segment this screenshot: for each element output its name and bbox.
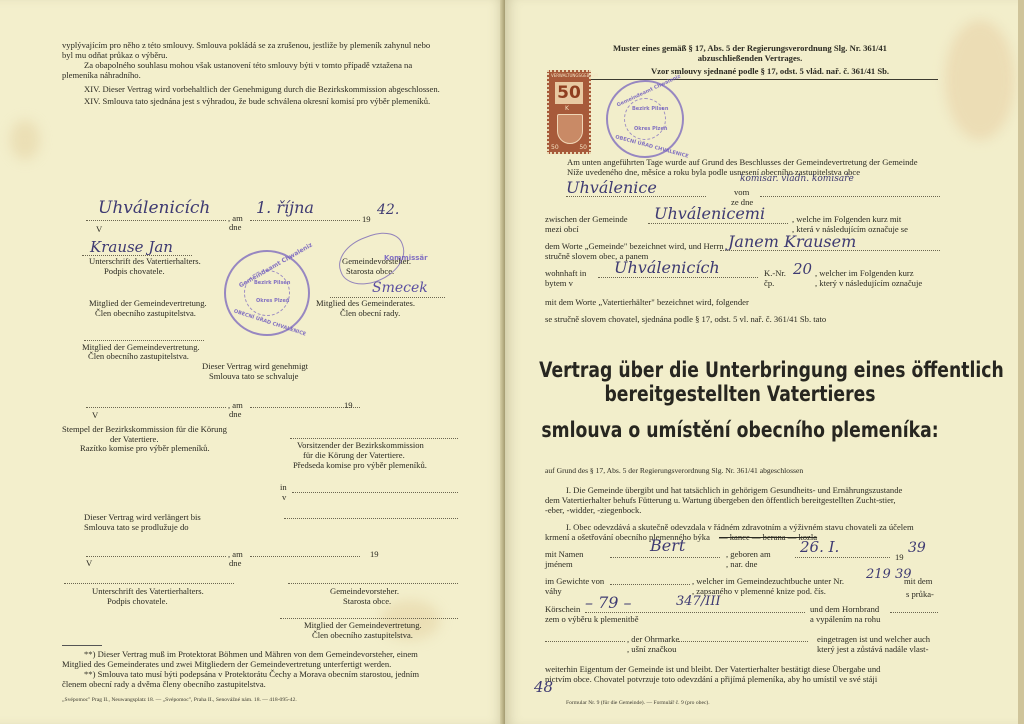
approval-heading-cz: Smlouva tato se schvaluje bbox=[209, 371, 299, 382]
contract-title-de-2: bereitgestellten Vatertieres bbox=[539, 382, 941, 406]
clause-xiv-cz: XIV. Smlouva tato sjednána jest s výhrad… bbox=[84, 96, 430, 107]
extension-heading-de: Dieser Vertrag wird verlängert bis bbox=[84, 512, 201, 523]
page-mark-handwritten: 48 bbox=[534, 678, 553, 696]
header-cz: Vzor smlouvy sjednané podle § 17, odst. … bbox=[560, 66, 980, 77]
keeper-label-cz: Podpis chovatele. bbox=[104, 266, 165, 277]
year-prefix: 19 bbox=[344, 400, 353, 411]
keeper-word-de: mit dem Worte „Vatertierhälter" bezeichn… bbox=[545, 297, 749, 308]
contract-title-de: Vertrag über die Unterbringung eines öff… bbox=[539, 358, 941, 382]
cert-ref-handwritten: 347/III bbox=[676, 594, 721, 609]
place-handwritten: Uhválenicích bbox=[98, 198, 210, 218]
member-label-de: Mitglied der Gemeindevertretung. bbox=[304, 620, 422, 631]
born-cz: , nar. dne bbox=[726, 559, 758, 570]
birth-year-handwritten: 39 bbox=[908, 540, 926, 556]
resident-suffix-cz: , který v následujícím označuje bbox=[815, 278, 922, 289]
name-cz: jménem bbox=[545, 559, 573, 570]
horn-de: und dem Hornbrand bbox=[810, 604, 879, 615]
year-prefix: 19 bbox=[362, 214, 371, 225]
stamp-label-cz: Razítko komise pro výběr plemeníků. bbox=[80, 443, 210, 454]
resident-de: wohnhaft in bbox=[545, 268, 586, 279]
chair-label-de-2: für die Körung der Vatertiere. bbox=[303, 450, 405, 461]
herdbook-suffix-cz: s průka- bbox=[906, 589, 934, 600]
municipal-office-stamp: Gemeindeamt Chwaleniz Bezirk Pilsen Okre… bbox=[224, 250, 310, 336]
member1-label-cz: Člen obecního zastupitelstva. bbox=[95, 308, 196, 319]
date-handwritten: 1. října bbox=[256, 198, 314, 217]
v-label: V bbox=[92, 410, 98, 421]
printer-line: „Svépomoc" Prag II., Neuwangsplatz 18. —… bbox=[62, 697, 297, 704]
keeper-label-cz: Podpis chovatele. bbox=[107, 596, 168, 607]
header-de: Muster eines gemäß § 17, Abs. 5 der Regi… bbox=[540, 43, 960, 54]
dne-label: dne bbox=[229, 409, 241, 420]
council-signature: Smecek bbox=[372, 280, 428, 296]
born-de: , geboren am bbox=[726, 549, 771, 560]
between-cz: mezi obcí bbox=[545, 224, 579, 235]
clause-1-de: I. Die Gemeinde übergibt und hat tatsäch… bbox=[566, 485, 902, 496]
footnote-de: **) Dieser Vertrag muß im Protektorat Bö… bbox=[84, 649, 418, 660]
intro-de: Am unten angeführten Tage wurde auf Grun… bbox=[567, 157, 918, 168]
residence-handwritten: Uhválenicích bbox=[614, 258, 720, 277]
approval-heading-de: Dieser Vertrag wird genehmigt bbox=[202, 361, 308, 372]
keeper-label-de: Unterschrift des Vatertierhalters. bbox=[92, 586, 204, 597]
keeper-word-cz: se stručně slovem chovatel, sjednána pod… bbox=[545, 314, 826, 325]
resident-cz: bytem v bbox=[545, 278, 573, 289]
stamp-label-de: Stempel der Bezirkskommission für die Kö… bbox=[62, 424, 227, 435]
clause-1-de-3: -eber, -widder, -ziegenbock. bbox=[545, 505, 641, 516]
weight-cz: váhy bbox=[545, 586, 562, 597]
clause-xiv-de: XIV. Dieser Vertrag wird vorbehaltlich d… bbox=[84, 84, 440, 95]
keeper-signature: Krause Jan bbox=[90, 238, 173, 256]
registered-cz: který jest a zůstává nadále vlast- bbox=[817, 644, 928, 655]
bull-name-handwritten: Bert bbox=[650, 536, 685, 555]
paragraph-line: Za obapolného souhlasu mohou však ustano… bbox=[84, 60, 412, 71]
name-de: mit Namen bbox=[545, 549, 583, 560]
clause-1-de-2: dem Vatertierhalter behufs Fütterung u. … bbox=[545, 495, 896, 506]
dne-label: dne bbox=[229, 222, 241, 233]
closing-cz: nictvím obce. Chovatel potvrzuje toto od… bbox=[545, 674, 877, 685]
year-prefix: 19 bbox=[895, 552, 904, 563]
horn-cz: a vypálením na rohu bbox=[810, 614, 880, 625]
house-no-cz: čp. bbox=[764, 278, 774, 289]
legal-basis: auf Grund des § 17, Abs. 5 der Regierung… bbox=[545, 466, 803, 476]
chair-label-de: Vorsitzender der Bezirkskommission bbox=[297, 440, 424, 451]
vom-label: vom bbox=[734, 187, 749, 198]
in-label: in bbox=[280, 482, 287, 493]
keeper-name-handwritten: Janem Krausem bbox=[728, 232, 856, 251]
municipality-handwritten: Uhválenice bbox=[566, 178, 657, 197]
house-no-de: K.-Nr. bbox=[764, 268, 786, 279]
form-line: Formular Nr. 9 (für die Gemeinde). — For… bbox=[566, 700, 710, 707]
paragraph-line: plemeníka náhradního. bbox=[62, 70, 141, 81]
paragraph-line: byl mu odňat průkaz o výběru. bbox=[62, 50, 168, 61]
extension-heading-cz: Smlouva tato se prodlužuje do bbox=[84, 522, 189, 533]
v-label: V bbox=[86, 558, 92, 569]
member2-label-cz: Člen obecního zastupitelstva. bbox=[88, 351, 189, 362]
contract-title-cz: smlouva o umístění obecního plemeníka: bbox=[539, 418, 941, 442]
footnote-cz: **) Smlouva tato musí býti podepsána v P… bbox=[84, 669, 419, 680]
cert-no-handwritten: – 79 – bbox=[585, 593, 632, 612]
intro-correction-handwritten: komisar. vládn. komisaře bbox=[740, 174, 854, 184]
council-label-cz: Člen obecní rady. bbox=[340, 308, 400, 319]
member1-label-de: Mitglied der Gemeindevertretung. bbox=[89, 298, 207, 309]
mayor-label-cz: Starosta obce. bbox=[343, 596, 391, 607]
clause-1-cz: I. Obec odevzdává a skutečně odevzdala v… bbox=[566, 522, 914, 533]
chair-label-cz: Předseda komise pro výběr plemeníků. bbox=[293, 460, 427, 471]
footnote-de-2: Mitglied des Gemeinderates und zwei Mitg… bbox=[62, 659, 391, 670]
year-prefix: 19 bbox=[370, 549, 379, 560]
v-label: V bbox=[96, 224, 102, 235]
earmark-de: , der Ohrmarke bbox=[627, 634, 679, 645]
coat-of-arms-icon bbox=[557, 114, 583, 144]
left-page: vyplývajícím pro něho z této smlouvy. Sm… bbox=[0, 0, 505, 724]
keeper-label-de: Unterschrift des Vatertierhalters. bbox=[89, 256, 201, 267]
between-handwritten: Uhválenicemi bbox=[654, 204, 765, 223]
house-no-handwritten: 20 bbox=[793, 260, 812, 278]
council-label-de: Mitglied des Gemeinderates. bbox=[316, 298, 415, 309]
mayor-label-de: Gemeindevorsteher. bbox=[330, 586, 399, 597]
registered-de: eingetragen ist und welcher auch bbox=[817, 634, 930, 645]
resident-suffix-de: , welcher im Folgenden kurz bbox=[815, 268, 914, 279]
municipal-office-stamp-right: Gemeindeamt Chwaleniz Bezirk Pilsen Okre… bbox=[606, 80, 684, 158]
member-label-cz: Člen obecního zastupitelstva. bbox=[312, 630, 413, 641]
cert-de: Körschein bbox=[545, 604, 580, 615]
word-de: dem Worte „Gemeinde" bezeichnet wird, un… bbox=[545, 241, 724, 252]
cert-cz: zem o výběru k plemenitbě bbox=[545, 614, 639, 625]
page-edge bbox=[1018, 0, 1024, 724]
year-handwritten: 42. bbox=[377, 202, 399, 218]
v-label-2: v bbox=[282, 492, 286, 503]
herdbook-suffix-de: mit dem bbox=[904, 576, 932, 587]
document-spread: vyplývajícím pro něho z této smlouvy. Sm… bbox=[0, 0, 1024, 724]
revenue-stamp: VERWALTUNGSGEBÜHR 50 K 5050 bbox=[547, 70, 591, 154]
closing-de: weiterhin Eigentum der Gemeinde ist und … bbox=[545, 664, 880, 675]
footnote-cz-2: členem obecní rady a dvěma členy obecníh… bbox=[62, 679, 266, 690]
between-suffix-de: , welche im Folgenden kurz mit bbox=[792, 214, 901, 225]
herdbook-de: , welcher im Gemeindezuchtbuche unter Nr… bbox=[692, 576, 844, 587]
weight-de: im Gewichte von bbox=[545, 576, 604, 587]
between-de: zwischen der Gemeinde bbox=[545, 214, 628, 225]
paragraph-line: vyplývajícím pro něho z této smlouvy. Sm… bbox=[62, 40, 430, 51]
dne-label: dne bbox=[229, 558, 241, 569]
birth-date-handwritten: 26. I. bbox=[800, 538, 839, 556]
header-de-2: abzuschließenden Vertrages. bbox=[540, 53, 960, 64]
earmark-cz: , ušní značkou bbox=[627, 644, 676, 655]
